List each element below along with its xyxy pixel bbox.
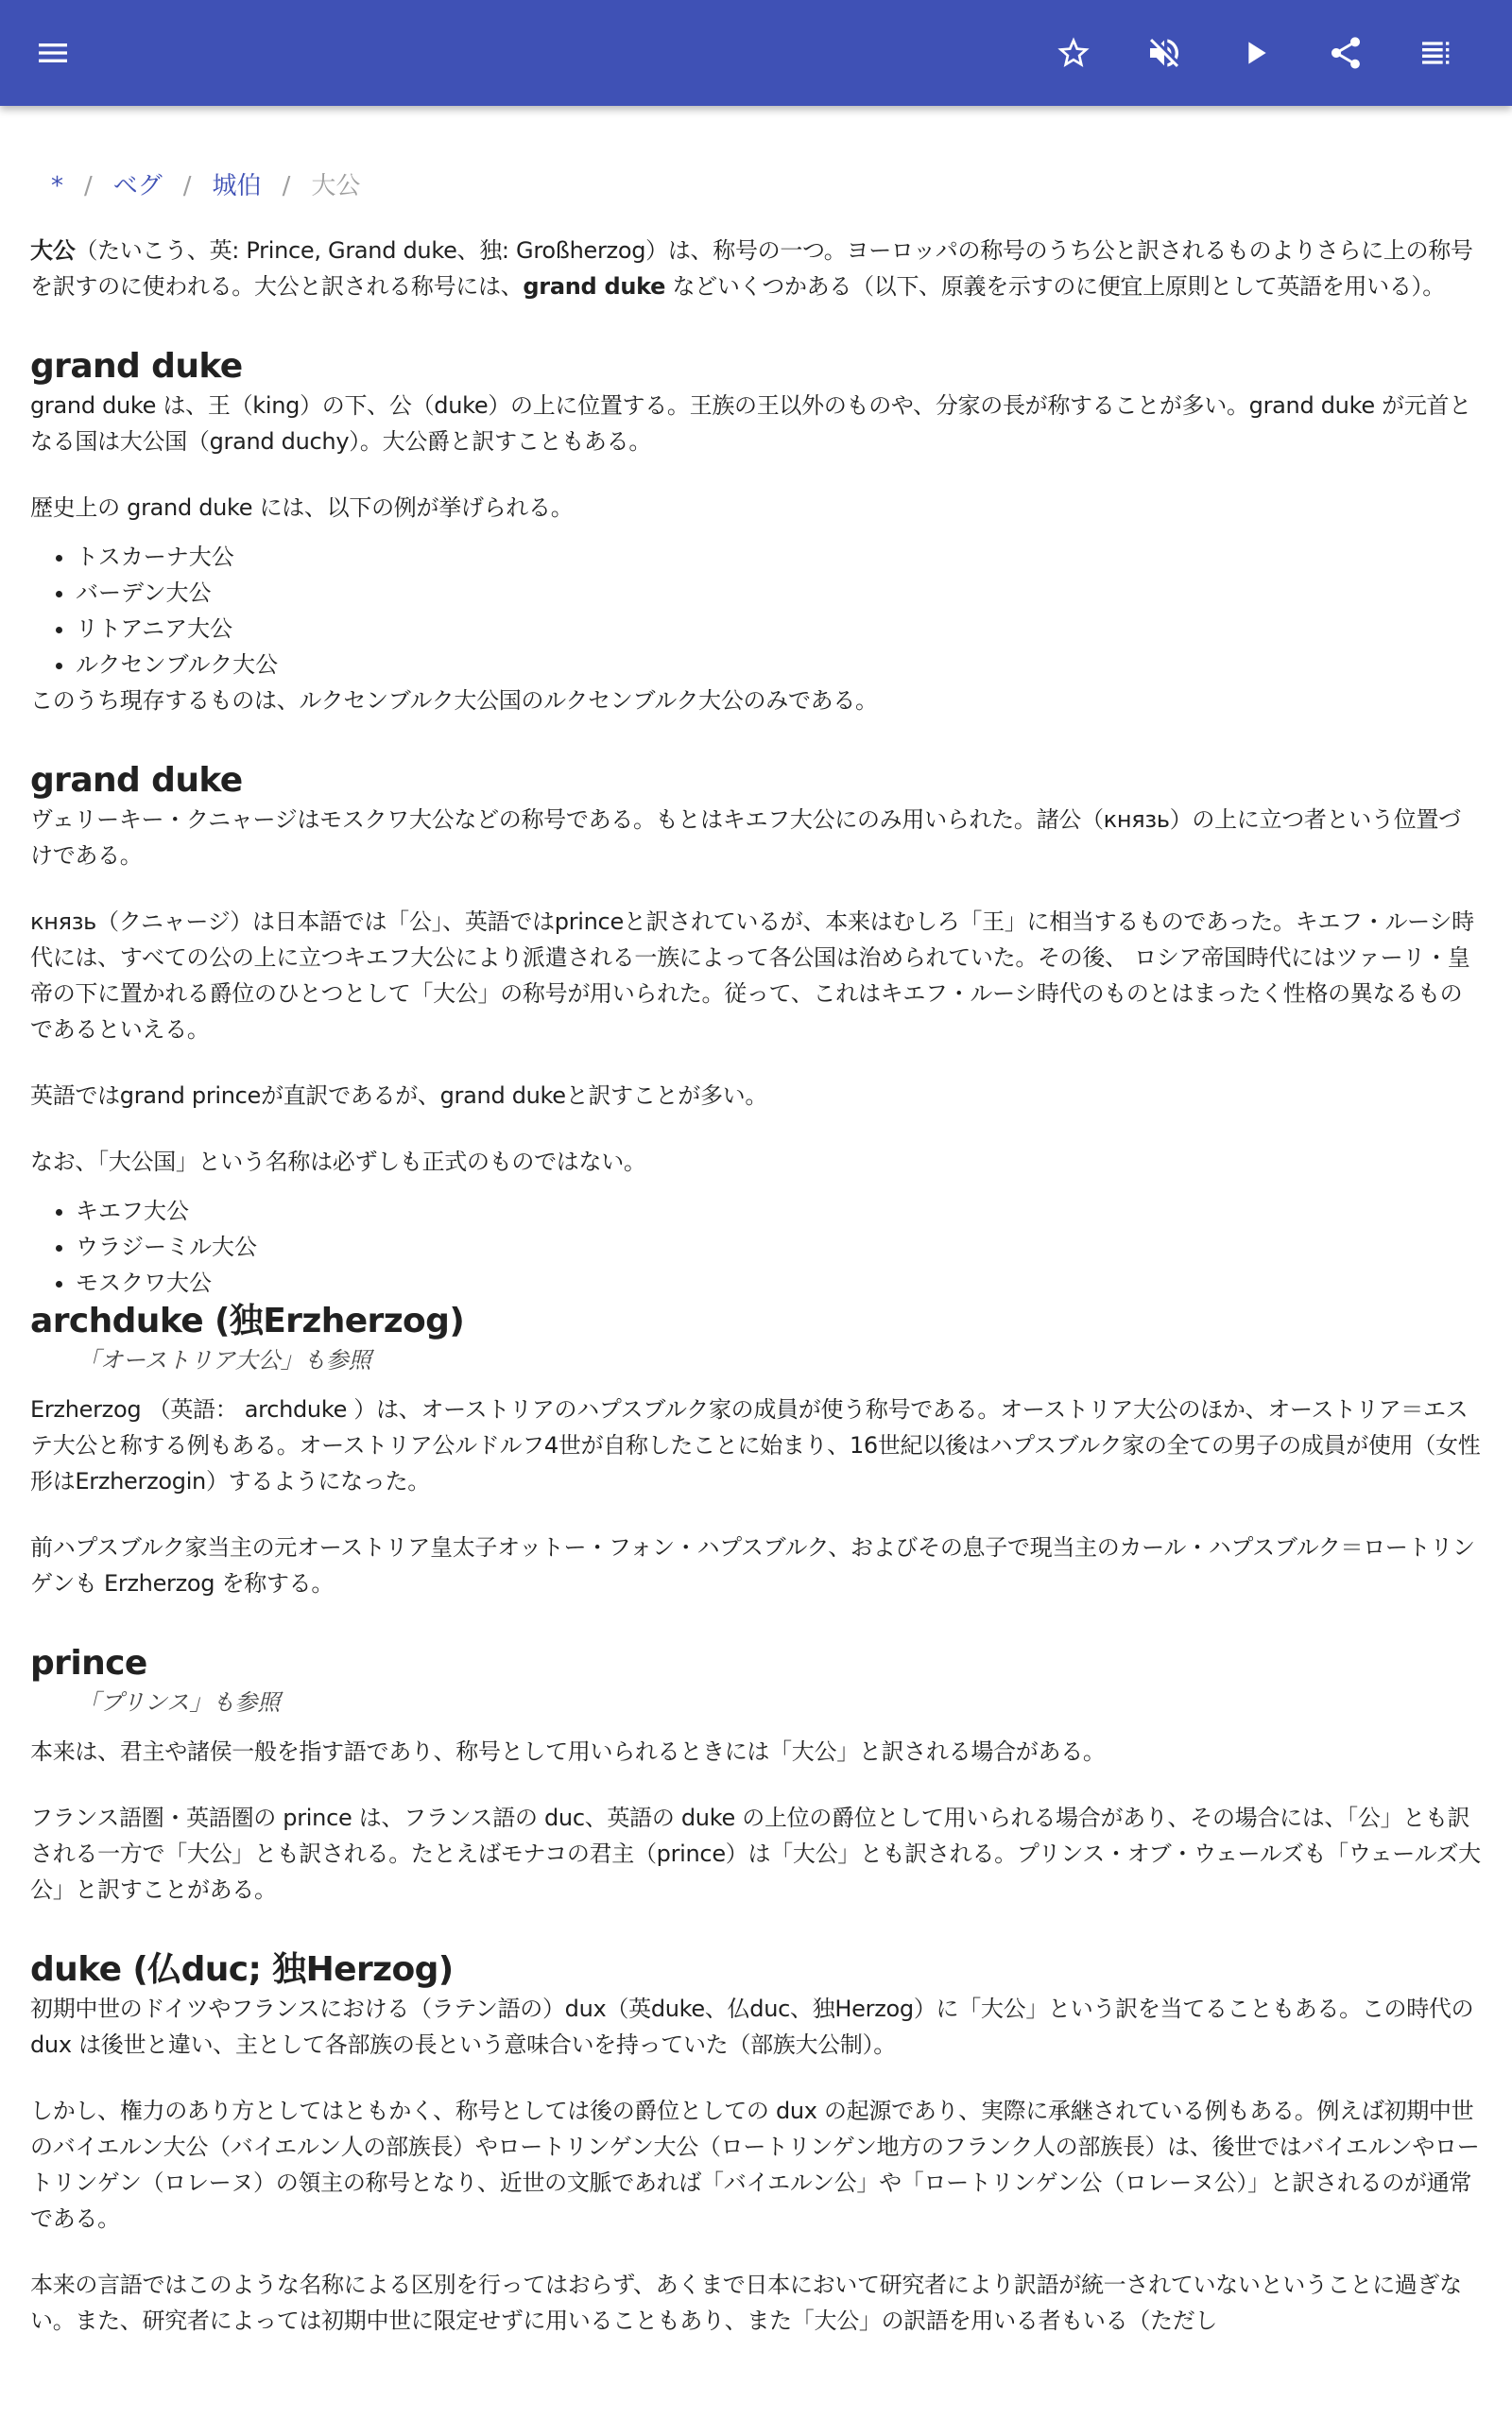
paragraph: 本来の言語ではこのような名称による区別を行ってはおらず、あくまで日本において研究…: [30, 2267, 1482, 2339]
section-heading-prince: prince: [30, 1643, 1482, 1685]
see-also-prince[interactable]: 「プリンス」も参照: [77, 1685, 1482, 1720]
paragraph: このうち現存するものは、ルクセンブルク大公国のルクセンブルク大公のみである。: [30, 683, 1482, 718]
play-icon: [1236, 34, 1274, 72]
table-of-contents-button[interactable]: [1410, 26, 1463, 79]
section-heading-grand-duke-russia: grand duke: [30, 760, 1482, 802]
list-item: トスカーナ大公: [76, 539, 1482, 575]
paragraph: 英語ではgrand princeが直訳であるが、grand dukeと訳すことが…: [30, 1078, 1482, 1114]
paragraph: князь（クニャージ）は日本語では「公」、英語ではprinceと訳されているが…: [30, 904, 1482, 1047]
list-item: モスクワ大公: [76, 1265, 1482, 1301]
share-button[interactable]: [1319, 26, 1372, 79]
paragraph: 前ハプスブルク家当主の元オーストリア皇太子オットー・フォン・ハプスブルク、および…: [30, 1530, 1482, 1601]
list-item: ルクセンブルク大公: [76, 647, 1482, 683]
section-heading-duke: duke (仏duc; 独Herzog): [30, 1949, 1482, 1991]
breadcrumb-separator: /: [283, 172, 291, 200]
bookmark-star-button[interactable]: [1047, 26, 1100, 79]
paragraph: なお、「大公国」という名称は必ずしも正式のものではない。: [30, 1144, 1482, 1180]
menu-icon: [34, 34, 72, 72]
breadcrumb-separator: /: [84, 172, 93, 200]
paragraph: フランス語圏・英語圏の prince は、フランス語の duc、英語の duke…: [30, 1800, 1482, 1908]
article-content: */ベグ/城伯/大公 大公（たいこう、英: Prince, Grand duke…: [30, 142, 1482, 2369]
paragraph: しかし、権力のあり方としてはともかく、称号としては後の爵位としての dux の起…: [30, 2093, 1482, 2237]
intro-text-end: などいくつかある（以下、原義を示すのに便宜上原則として英語を用いる）。: [665, 273, 1445, 300]
mute-button[interactable]: [1138, 26, 1191, 79]
list-item: ウラジーミル大公: [76, 1229, 1482, 1265]
volume-off-icon: [1145, 34, 1183, 72]
menu-button[interactable]: [26, 26, 79, 79]
paragraph: grand duke は、王（king）の下、公（duke）の上に位置する。王族…: [30, 388, 1482, 459]
share-icon: [1327, 34, 1365, 72]
list-item: キエフ大公: [76, 1193, 1482, 1229]
section-heading-grand-duke: grand duke: [30, 346, 1482, 388]
breadcrumb-item-beg[interactable]: ベグ: [113, 172, 163, 200]
intro-paragraph: 大公（たいこう、英: Prince, Grand duke、独: Großher…: [30, 233, 1482, 304]
breadcrumb: */ベグ/城伯/大公: [51, 168, 1482, 204]
breadcrumb-item-root[interactable]: *: [51, 172, 63, 200]
see-also-austria-archduke[interactable]: 「オーストリア大公」も参照: [77, 1342, 1482, 1378]
paragraph: 歴史上の grand duke には、以下の例が挙げられる。: [30, 490, 1482, 526]
grand-duke-examples-list: トスカーナ大公 バーデン大公 リトアニア大公 ルクセンブルク大公: [30, 539, 1482, 683]
breadcrumb-item-burgrave[interactable]: 城伯: [213, 172, 262, 200]
paragraph: Erzherzog （英語： archduke ）は、オーストリアのハプスブルク…: [30, 1391, 1482, 1499]
section-heading-archduke: archduke (独Erzherzog): [30, 1301, 1482, 1342]
paragraph: 初期中世のドイツやフランスにおける（ラテン語の）dux（英duke、仏duc、独…: [30, 1991, 1482, 2063]
list-item: リトアニア大公: [76, 611, 1482, 647]
breadcrumb-current: 大公: [311, 172, 360, 200]
star-outline-icon: [1055, 34, 1092, 72]
paragraph: ヴェリーキー・クニャージはモスクワ大公などの称号である。もとはキエフ大公にのみ用…: [30, 802, 1482, 873]
play-button[interactable]: [1228, 26, 1281, 79]
paragraph: 本来は、君主や諸侯一般を指す語であり、称号として用いられるときには「大公」と訳さ…: [30, 1734, 1482, 1770]
toc-list-icon: [1417, 34, 1455, 72]
app-bar: [0, 0, 1512, 106]
list-item: バーデン大公: [76, 575, 1482, 611]
russian-grand-dukes-list: キエフ大公 ウラジーミル大公 モスクワ大公: [30, 1193, 1482, 1301]
intro-term: 大公: [30, 237, 75, 264]
breadcrumb-separator: /: [183, 172, 192, 200]
intro-bold-term: grand duke: [523, 273, 665, 300]
